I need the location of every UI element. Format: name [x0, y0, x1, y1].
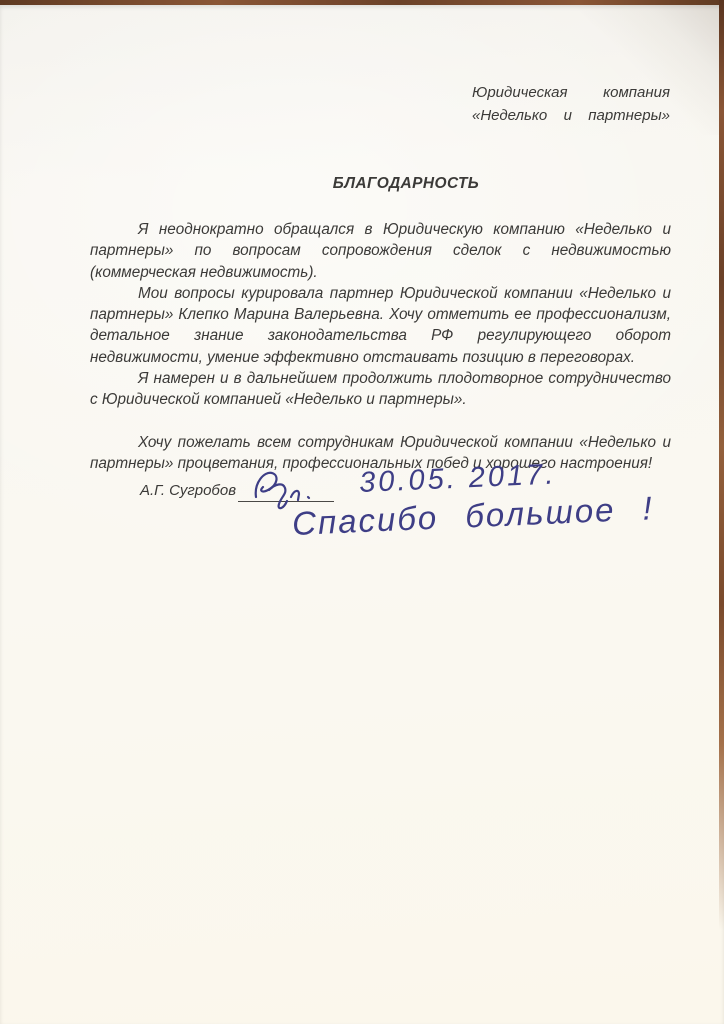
paragraph-3: Я намерен и в дальнейшем продолжить плод…	[90, 368, 671, 411]
backdrop-edge-right	[719, 0, 724, 930]
letterhead-line-2: «Неделько и партнеры»	[472, 104, 670, 127]
photo-backdrop: Юридическая компания «Неделько и партнер…	[0, 0, 724, 1024]
letter-paper: Юридическая компания «Неделько и партнер…	[0, 5, 724, 1024]
signatory-name: А.Г. Сугробов	[140, 482, 236, 502]
paragraph-1: Я неоднократно обращался в Юридическую к…	[90, 219, 671, 283]
document-title: БЛАГОДАРНОСТЬ	[116, 175, 696, 193]
letterhead-line-1: Юридическая компания	[472, 81, 670, 104]
letterhead: Юридическая компания «Неделько и партнер…	[472, 81, 670, 127]
paragraph-2: Мои вопросы курировала партнер Юридическ…	[90, 283, 671, 368]
letter-body: Я неоднократно обращался в Юридическую к…	[90, 219, 671, 474]
signature-line	[238, 477, 334, 502]
